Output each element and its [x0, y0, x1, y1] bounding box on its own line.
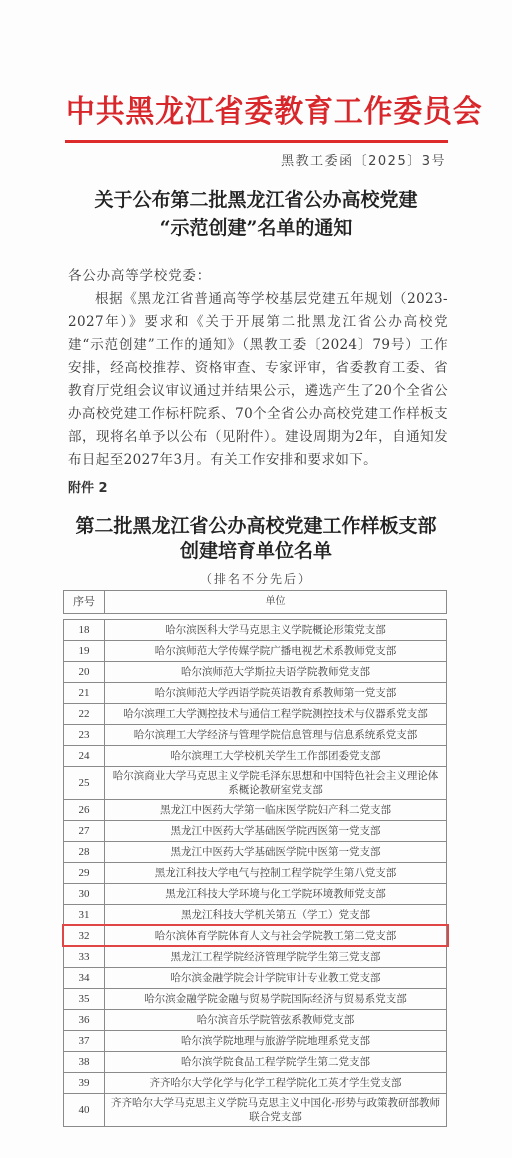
table-row: 28黑龙江中医药大学基础医学院中医第一党支部 — [64, 842, 447, 863]
document-number: 黑教工委函〔2025〕3号 — [281, 150, 446, 169]
row-unit: 哈尔滨学院地理与旅游学院地理系党支部 — [105, 1031, 447, 1052]
row-seq: 37 — [64, 1031, 105, 1052]
table-row: 27黑龙江中医药大学基础医学院西医第一党支部 — [64, 821, 447, 842]
notice-title-line-2: “示范创建”名单的通知 — [0, 214, 512, 242]
unit-list-table: 18哈尔滨医科大学马克思主义学院概论形策党支部19哈尔滨师范大学传媒学院广播电视… — [63, 619, 447, 1127]
row-unit: 黑龙江科技大学环境与化工学院环境教师党支部 — [105, 884, 447, 905]
table-row: 31黑龙江科技大学机关第五（学工）党支部 — [64, 905, 447, 926]
row-unit: 黑龙江科技大学机关第五（学工）党支部 — [105, 905, 447, 926]
row-unit: 哈尔滨理工大学经济与管理学院信息管理与信息系统系党支部 — [105, 725, 447, 746]
table-row: 32哈尔滨体育学院体育人文与社会学院教工第二党支部 — [64, 926, 447, 947]
list-title-line-1: 第二批黑龙江省公办高校党建工作样板支部 — [0, 514, 512, 539]
issuing-organization-title: 中共黑龙江省委教育工作委员会 — [66, 90, 423, 134]
row-seq: 19 — [64, 641, 105, 662]
row-unit: 齐齐哈尔大学马克思主义学院马克思主义中国化-形势与政策教研部教师联合党支部 — [105, 1094, 447, 1127]
table-row: 34哈尔滨金融学院会计学院审计专业教工党支部 — [64, 968, 447, 989]
salutation: 各公办高等学校党委： — [68, 264, 211, 284]
table-row: 25哈尔滨商业大学马克思主义学院毛泽东思想和中国特色社会主义理论体系概论教研室党… — [64, 767, 447, 800]
row-unit: 哈尔滨师范大学斯拉夫语学院教师党支部 — [105, 662, 447, 683]
row-unit: 哈尔滨音乐学院管弦系教师党支部 — [105, 1010, 447, 1031]
row-seq: 34 — [64, 968, 105, 989]
row-unit: 黑龙江工程学院经济管理学院学生第三党支部 — [105, 947, 447, 968]
column-header-unit: 单位 — [105, 591, 447, 614]
row-unit: 哈尔滨师范大学西语学院英语教育系教师第一党支部 — [105, 683, 447, 704]
table-header: 序号 单位 — [63, 590, 447, 614]
row-unit: 哈尔滨师范大学传媒学院广播电视艺术系教师党支部 — [105, 641, 447, 662]
table-row: 38哈尔滨学院食品工程学院学生第二党支部 — [64, 1052, 447, 1073]
table-row: 29黑龙江科技大学电气与控制工程学院学生第八党支部 — [64, 863, 447, 884]
row-seq: 33 — [64, 947, 105, 968]
attachment-label: 附件 2 — [68, 477, 108, 496]
column-header-seq: 序号 — [64, 591, 105, 614]
row-seq: 38 — [64, 1052, 105, 1073]
row-seq: 21 — [64, 683, 105, 704]
row-unit: 哈尔滨金融学院会计学院审计专业教工党支部 — [105, 968, 447, 989]
table-row: 18哈尔滨医科大学马克思主义学院概论形策党支部 — [64, 620, 447, 641]
row-seq: 24 — [64, 746, 105, 767]
row-seq: 27 — [64, 821, 105, 842]
row-seq: 32 — [64, 926, 105, 947]
row-unit: 黑龙江中医药大学第一临床医学院妇产科二党支部 — [105, 800, 447, 821]
notice-body-paragraph: 根据《黑龙江省普通高等学校基层党建五年规划（2023-2027年）》要求和《关于… — [68, 288, 448, 472]
table-row: 21哈尔滨师范大学西语学院英语教育系教师第一党支部 — [64, 683, 447, 704]
table-row: 23哈尔滨理工大学经济与管理学院信息管理与信息系统系党支部 — [64, 725, 447, 746]
row-seq: 30 — [64, 884, 105, 905]
row-unit: 黑龙江科技大学电气与控制工程学院学生第八党支部 — [105, 863, 447, 884]
table-row: 36哈尔滨音乐学院管弦系教师党支部 — [64, 1010, 447, 1031]
list-subtitle: （排名不分先后） — [0, 570, 512, 587]
table-row: 24哈尔滨理工大学校机关学生工作部团委党支部 — [64, 746, 447, 767]
list-title-line-2: 创建培育单位名单 — [0, 539, 512, 564]
row-unit: 齐齐哈尔大学化学与化学工程学院化工英才学生党支部 — [105, 1073, 447, 1094]
row-seq: 39 — [64, 1073, 105, 1094]
row-seq: 23 — [64, 725, 105, 746]
row-seq: 22 — [64, 704, 105, 725]
table-row: 35哈尔滨金融学院金融与贸易学院国际经济与贸易系党支部 — [64, 989, 447, 1010]
row-unit: 哈尔滨医科大学马克思主义学院概论形策党支部 — [105, 620, 447, 641]
table-row: 20哈尔滨师范大学斯拉夫语学院教师党支部 — [64, 662, 447, 683]
table-row: 40齐齐哈尔大学马克思主义学院马克思主义中国化-形势与政策教研部教师联合党支部 — [64, 1094, 447, 1127]
row-seq: 20 — [64, 662, 105, 683]
row-unit: 哈尔滨理工大学校机关学生工作部团委党支部 — [105, 746, 447, 767]
row-unit: 哈尔滨商业大学马克思主义学院毛泽东思想和中国特色社会主义理论体系概论教研室党支部 — [105, 767, 447, 800]
row-seq: 18 — [64, 620, 105, 641]
table-row: 37哈尔滨学院地理与旅游学院地理系党支部 — [64, 1031, 447, 1052]
row-unit: 黑龙江中医药大学基础医学院中医第一党支部 — [105, 842, 447, 863]
table-row: 19哈尔滨师范大学传媒学院广播电视艺术系教师党支部 — [64, 641, 447, 662]
table-row: 22哈尔滨理工大学测控技术与通信工程学院测控技术与仪器系党支部 — [64, 704, 447, 725]
notice-title-line-1: 关于公布第二批黑龙江省公办高校党建 — [0, 186, 512, 214]
row-unit: 黑龙江中医药大学基础医学院西医第一党支部 — [105, 821, 447, 842]
table-row: 26黑龙江中医药大学第一临床医学院妇产科二党支部 — [64, 800, 447, 821]
row-unit: 哈尔滨学院食品工程学院学生第二党支部 — [105, 1052, 447, 1073]
table-row: 39齐齐哈尔大学化学与化学工程学院化工英才学生党支部 — [64, 1073, 447, 1094]
row-seq: 26 — [64, 800, 105, 821]
row-seq: 28 — [64, 842, 105, 863]
row-unit: 哈尔滨金融学院金融与贸易学院国际经济与贸易系党支部 — [105, 989, 447, 1010]
row-seq: 40 — [64, 1094, 105, 1127]
red-header-rule — [65, 140, 448, 143]
row-unit: 哈尔滨体育学院体育人文与社会学院教工第二党支部 — [105, 926, 447, 947]
table-row: 33黑龙江工程学院经济管理学院学生第三党支部 — [64, 947, 447, 968]
row-seq: 35 — [64, 989, 105, 1010]
row-unit: 哈尔滨理工大学测控技术与通信工程学院测控技术与仪器系党支部 — [105, 704, 447, 725]
row-seq: 25 — [64, 767, 105, 800]
row-seq: 36 — [64, 1010, 105, 1031]
row-seq: 31 — [64, 905, 105, 926]
table-row: 30黑龙江科技大学环境与化工学院环境教师党支部 — [64, 884, 447, 905]
row-seq: 29 — [64, 863, 105, 884]
